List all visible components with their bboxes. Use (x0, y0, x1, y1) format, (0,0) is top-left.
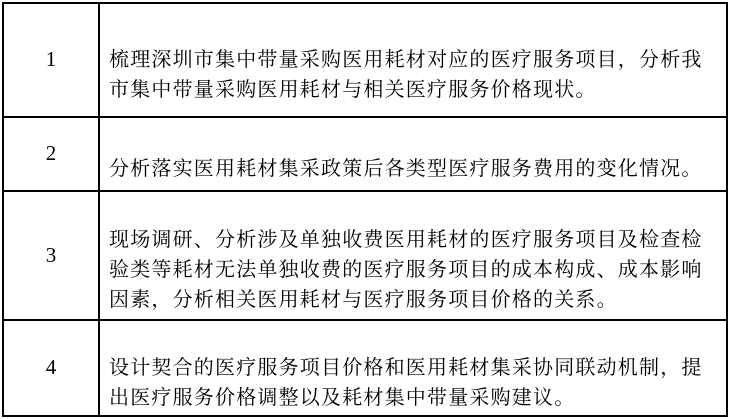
task-description: 现场调研、分析涉及单独收费医用耗材的医疗服务项目及检查检 验类等耗材无法单独收费… (109, 229, 703, 311)
row-text-cell: 设计契合的医疗服务项目价格和医用耗材集采协同联动机制，提 出医疗服务价格调整以及… (99, 320, 727, 416)
row-number-cell: 1 (3, 3, 99, 117)
table-row: 3 现场调研、分析涉及单独收费医用耗材的医疗服务项目及检查检 验类等耗材无法单独… (3, 191, 727, 320)
task-description: 分析落实医用耗材集采政策后各类型医疗服务费用的变化情况。 (109, 158, 703, 180)
task-description: 设计契合的医疗服务项目价格和医用耗材集采协同联动机制，提 出医疗服务价格调整以及… (109, 357, 703, 409)
row-number: 1 (46, 47, 57, 71)
row-number: 2 (46, 141, 57, 165)
document-page: 1 梳理深圳市集中带量采购医用耗材对应的医疗服务项目，分析我 市集中带量采购医用… (0, 0, 730, 419)
task-description: 梳理深圳市集中带量采购医用耗材对应的医疗服务项目，分析我 市集中带量采购医用耗材… (109, 49, 703, 101)
row-text-cell: 现场调研、分析涉及单独收费医用耗材的医疗服务项目及检查检 验类等耗材无法单独收费… (99, 191, 727, 320)
row-number-cell: 4 (3, 320, 99, 416)
row-number: 3 (46, 243, 57, 267)
row-text-cell: 分析落实医用耗材集采政策后各类型医疗服务费用的变化情况。 (99, 117, 727, 191)
row-text-cell: 梳理深圳市集中带量采购医用耗材对应的医疗服务项目，分析我 市集中带量采购医用耗材… (99, 3, 727, 117)
row-number: 4 (46, 355, 57, 379)
table-row: 2 分析落实医用耗材集采政策后各类型医疗服务费用的变化情况。 (3, 117, 727, 191)
row-number-cell: 2 (3, 117, 99, 191)
table-row: 4 设计契合的医疗服务项目价格和医用耗材集采协同联动机制，提 出医疗服务价格调整… (3, 320, 727, 416)
task-table: 1 梳理深圳市集中带量采购医用耗材对应的医疗服务项目，分析我 市集中带量采购医用… (2, 2, 728, 417)
table-row: 1 梳理深圳市集中带量采购医用耗材对应的医疗服务项目，分析我 市集中带量采购医用… (3, 3, 727, 117)
row-number-cell: 3 (3, 191, 99, 320)
